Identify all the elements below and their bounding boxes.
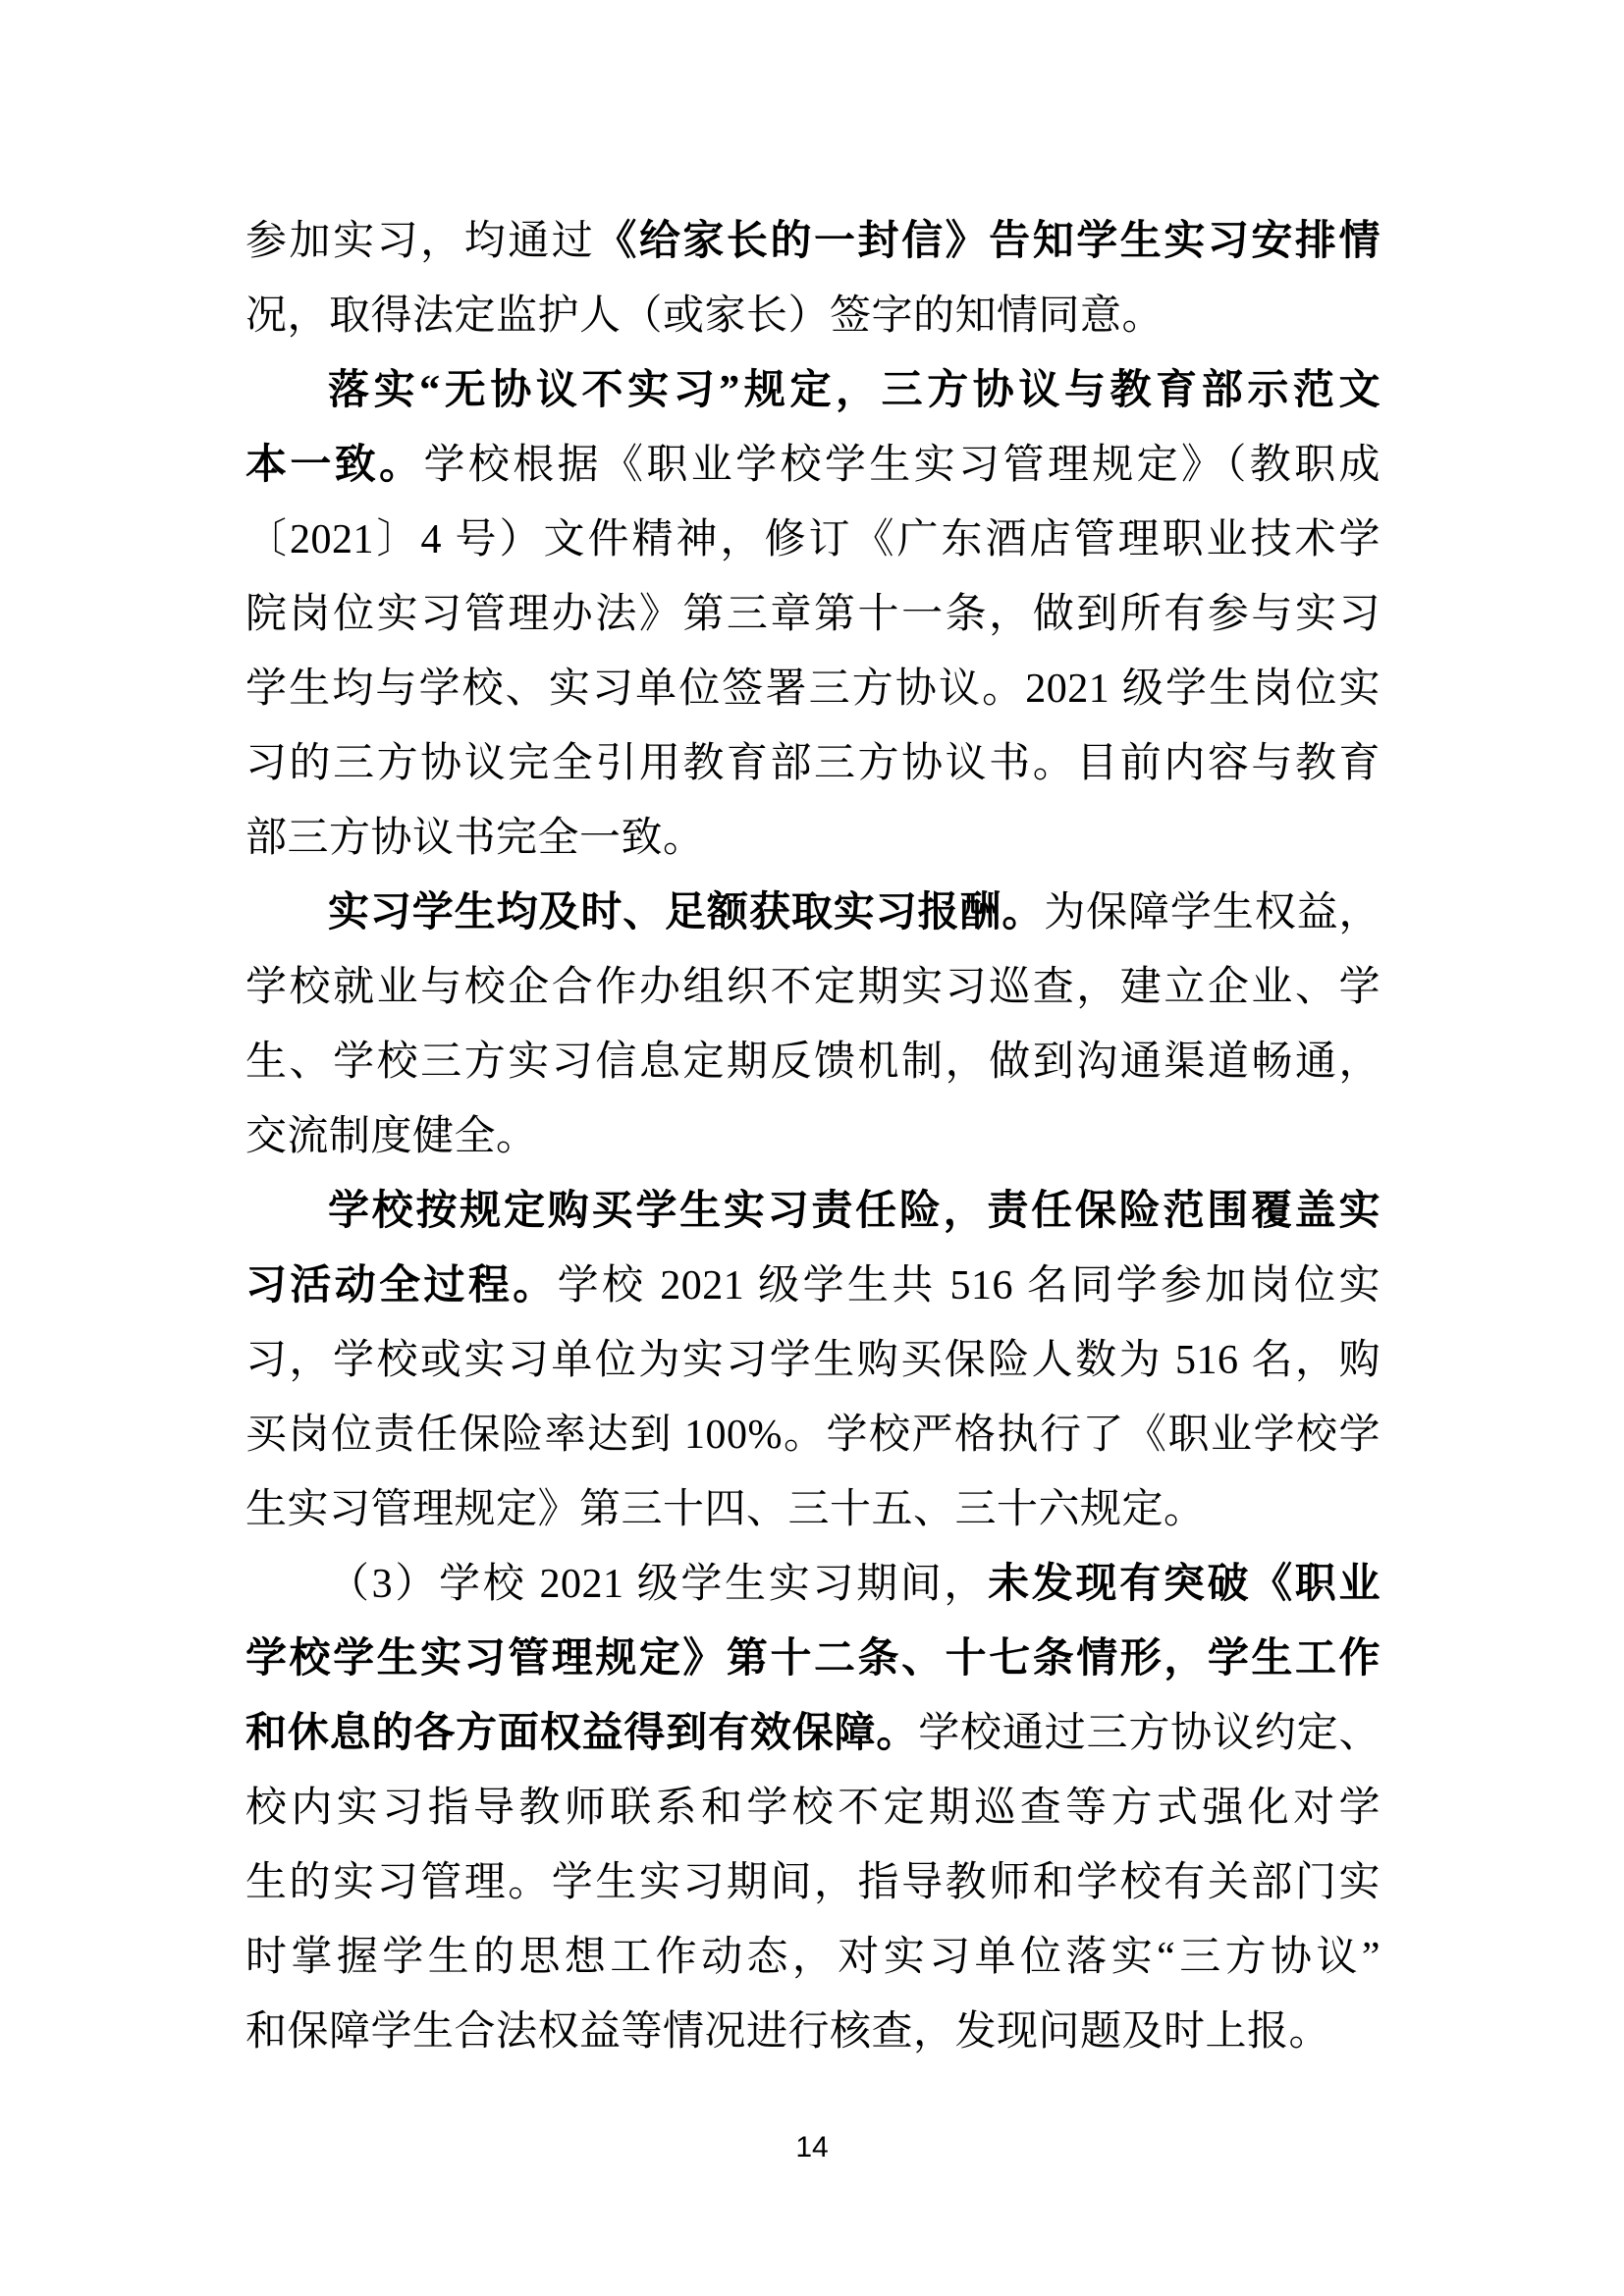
text-line: （3）学校 2021 级学生实习期间，未发现有突破《职业	[245, 1547, 1380, 1622]
paragraph: 参加实习，均通过《给家长的一封信》告知学生实习安排情况，取得法定监护人（或家长）…	[245, 204, 1380, 353]
text-run: 〔2021〕4 号）文件精神，修订《广东酒店管理职业技术学	[245, 517, 1380, 562]
text-run: 买岗位责任保险率达到 100%。学校严格执行了《职业学校学	[245, 1413, 1380, 1458]
text-line: 〔2021〕4 号）文件精神，修订《广东酒店管理职业技术学	[245, 503, 1380, 577]
text-run: 院岗位实习管理办法》第三章第十一条，做到所有参与实习	[245, 592, 1380, 637]
text-run: 部三方协议书完全一致。	[245, 816, 705, 861]
bold-text-run: 未发现有突破《职业	[988, 1562, 1380, 1607]
text-line: 本一致。学校根据《职业学校学生实习管理规定》（教职成	[245, 428, 1380, 503]
bold-text-run: 落实“无协议不实习”规定，三方协议与教育部示范文	[328, 368, 1380, 413]
text-line: 部三方协议书完全一致。	[245, 801, 1380, 876]
bold-text-run: 《给家长的一封信》告知学生实习安排情	[595, 219, 1380, 264]
text-line: 生实习管理规定》第三十四、三十五、三十六规定。	[245, 1472, 1380, 1547]
text-line: 学校就业与校企合作办组织不定期实习巡查，建立企业、学	[245, 950, 1380, 1025]
text-run: 时掌握学生的思想工作动态，对实习单位落实“三方协议”	[245, 1935, 1380, 1980]
bold-text-run: 习活动全过程。	[245, 1263, 558, 1308]
text-run: 学校就业与校企合作办组织不定期实习巡查，建立企业、学	[245, 965, 1380, 1010]
text-run: 和保障学生合法权益等情况进行核查，发现问题及时上报。	[245, 2009, 1330, 2055]
text-run: 况，取得法定监护人（或家长）签字的知情同意。	[245, 294, 1164, 339]
page-number: 14	[0, 2128, 1624, 2167]
text-line: 交流制度健全。	[245, 1099, 1380, 1174]
text-run: 学生均与学校、实习单位签署三方协议。2021 级学生岗位实	[245, 667, 1380, 712]
bold-text-run: 学校学生实习管理规定》第十二条、十七条情形，学生工作	[245, 1636, 1380, 1682]
text-line: 学生均与学校、实习单位签署三方协议。2021 级学生岗位实	[245, 652, 1380, 726]
text-run: 交流制度健全。	[245, 1114, 538, 1159]
text-line: 买岗位责任保险率达到 100%。学校严格执行了《职业学校学	[245, 1398, 1380, 1472]
text-run: 习，学校或实习单位为实习学生购买保险人数为 516 名，购	[245, 1338, 1380, 1383]
text-run: 为保障学生权益，	[1044, 890, 1380, 935]
bold-text-run: 和休息的各方面权益得到有效保障。	[245, 1711, 918, 1756]
text-run: 参加实习，均通过	[245, 219, 595, 264]
text-run: 学校通过三方协议约定、	[918, 1711, 1380, 1756]
text-line: 习的三方协议完全引用教育部三方协议书。目前内容与教育	[245, 726, 1380, 801]
text-line: 和保障学生合法权益等情况进行核查，发现问题及时上报。	[245, 1995, 1380, 2069]
bold-text-run: 学校按规定购买学生实习责任险，责任保险范围覆盖实	[328, 1189, 1380, 1234]
text-line: 校内实习指导教师联系和学校不定期巡查等方式强化对学	[245, 1771, 1380, 1845]
bold-text-run: 本一致。	[245, 443, 424, 488]
text-run: 学校 2021 级学生共 516 名同学参加岗位实	[558, 1263, 1380, 1308]
paragraph: 落实“无协议不实习”规定，三方协议与教育部示范文本一致。学校根据《职业学校学生实…	[245, 353, 1380, 876]
text-line: 院岗位实习管理办法》第三章第十一条，做到所有参与实习	[245, 577, 1380, 652]
text-line: 习，学校或实习单位为实习学生购买保险人数为 516 名，购	[245, 1323, 1380, 1398]
text-line: 参加实习，均通过《给家长的一封信》告知学生实习安排情	[245, 204, 1380, 279]
text-line: 习活动全过程。学校 2021 级学生共 516 名同学参加岗位实	[245, 1249, 1380, 1323]
text-run: （3）学校 2021 级学生实习期间，	[328, 1562, 988, 1607]
text-line: 学校学生实习管理规定》第十二条、十七条情形，学生工作	[245, 1622, 1380, 1696]
text-run: 习的三方协议完全引用教育部三方协议书。目前内容与教育	[245, 741, 1380, 786]
text-run: 生的实习管理。学生实习期间，指导教师和学校有关部门实	[245, 1860, 1380, 1905]
paragraph: 学校按规定购买学生实习责任险，责任保险范围覆盖实习活动全过程。学校 2021 级…	[245, 1174, 1380, 1547]
text-line: 落实“无协议不实习”规定，三方协议与教育部示范文	[245, 353, 1380, 428]
document-page: 参加实习，均通过《给家长的一封信》告知学生实习安排情况，取得法定监护人（或家长）…	[0, 0, 1624, 2296]
document-body: 参加实习，均通过《给家长的一封信》告知学生实习安排情况，取得法定监护人（或家长）…	[245, 204, 1380, 2069]
text-line: 生的实习管理。学生实习期间，指导教师和学校有关部门实	[245, 1845, 1380, 1920]
text-run: 学校根据《职业学校学生实习管理规定》（教职成	[424, 443, 1380, 488]
text-run: 生、学校三方实习信息定期反馈机制，做到沟通渠道畅通，	[245, 1040, 1380, 1085]
paragraph: 实习学生均及时、足额获取实习报酬。为保障学生权益，学校就业与校企合作办组织不定期…	[245, 876, 1380, 1174]
text-line: 况，取得法定监护人（或家长）签字的知情同意。	[245, 279, 1380, 353]
text-line: 学校按规定购买学生实习责任险，责任保险范围覆盖实	[245, 1174, 1380, 1249]
text-run: 生实习管理规定》第三十四、三十五、三十六规定。	[245, 1487, 1206, 1532]
bold-text-run: 实习学生均及时、足额获取实习报酬。	[328, 890, 1044, 935]
text-run: 校内实习指导教师联系和学校不定期巡查等方式强化对学	[245, 1786, 1380, 1831]
paragraph: （3）学校 2021 级学生实习期间，未发现有突破《职业学校学生实习管理规定》第…	[245, 1547, 1380, 2069]
text-line: 实习学生均及时、足额获取实习报酬。为保障学生权益，	[245, 876, 1380, 950]
text-line: 和休息的各方面权益得到有效保障。学校通过三方协议约定、	[245, 1696, 1380, 1771]
text-line: 时掌握学生的思想工作动态，对实习单位落实“三方协议”	[245, 1920, 1380, 1995]
text-line: 生、学校三方实习信息定期反馈机制，做到沟通渠道畅通，	[245, 1025, 1380, 1099]
